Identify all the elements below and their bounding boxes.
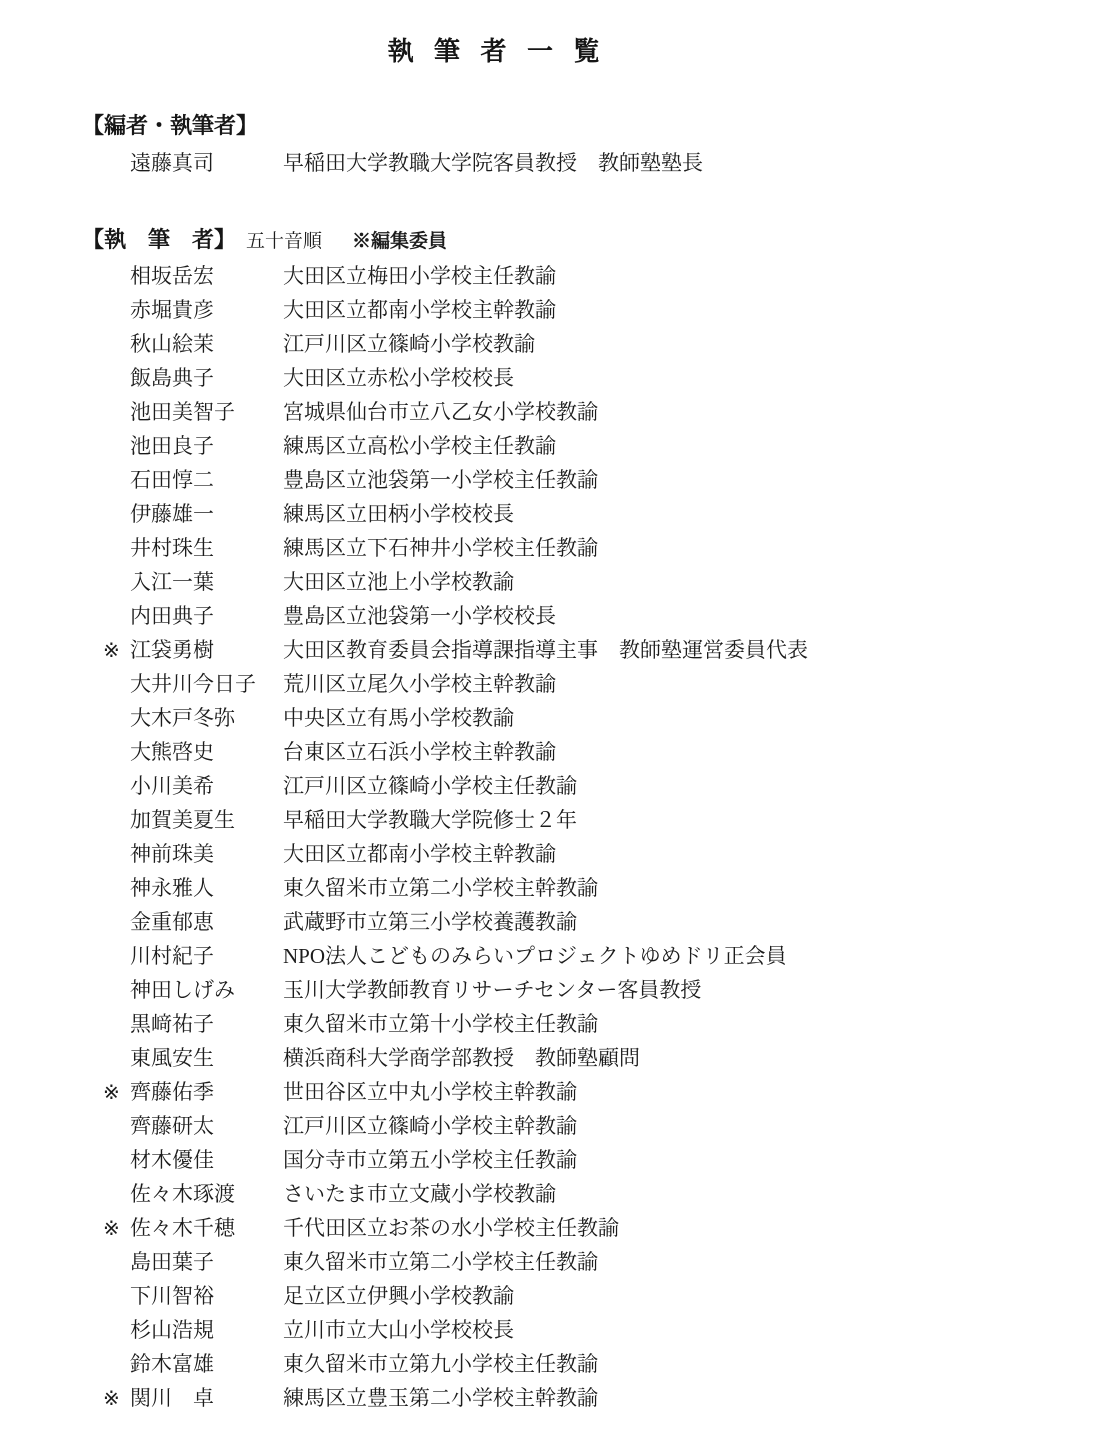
page-content: 執 筆 者 一 覧 【編者・執筆者】 遠藤真司 早稲田大学教職大学院客員教授 教… bbox=[82, 0, 912, 1415]
author-row: 秋山絵茉 江戸川区立篠崎小学校教諭 bbox=[82, 327, 912, 361]
page-title: 執 筆 者 一 覧 bbox=[82, 0, 912, 67]
contributor-affiliation: 東久留米市立第十小学校主任教諭 bbox=[283, 1007, 912, 1041]
contributor-affiliation: 大田区立池上小学校教諭 bbox=[283, 565, 912, 599]
contributor-name: 杉山浩規 bbox=[130, 1313, 283, 1347]
contributor-name: 大熊啓史 bbox=[130, 735, 283, 769]
author-row: 池田美智子 宮城県仙台市立八乙女小学校教諭 bbox=[82, 395, 912, 429]
contributor-affiliation: 武蔵野市立第三小学校養護教諭 bbox=[283, 905, 912, 939]
author-row: 下川智裕 足立区立伊興小学校教諭 bbox=[82, 1279, 912, 1313]
contributor-name: 入江一葉 bbox=[130, 565, 283, 599]
contributor-name: 石田惇二 bbox=[130, 463, 283, 497]
contributor-name: 金重郁恵 bbox=[130, 905, 283, 939]
contributor-name: 関川 卓 bbox=[130, 1381, 283, 1415]
contributor-affiliation: 大田区立赤松小学校校長 bbox=[283, 361, 912, 395]
author-row: ※ 関川 卓 練馬区立豊玉第二小学校主幹教諭 bbox=[82, 1381, 912, 1415]
contributor-name: 鈴木富雄 bbox=[130, 1347, 283, 1381]
author-row: 神田しげみ 玉川大学教師教育リサーチセンター客員教授 bbox=[82, 973, 912, 1007]
author-row: 小川美希 江戸川区立篠崎小学校主任教諭 bbox=[82, 769, 912, 803]
committee-mark: ※ bbox=[103, 1382, 130, 1416]
author-row: 黒﨑祐子 東久留米市立第十小学校主任教諭 bbox=[82, 1007, 912, 1041]
contributor-affiliation: 早稲田大学教職大学院客員教授 教師塾塾長 bbox=[283, 147, 912, 179]
author-row: 材木優佳 国分寺市立第五小学校主任教諭 bbox=[82, 1143, 912, 1177]
committee-mark: ※ bbox=[103, 1076, 130, 1110]
contributor-affiliation: 立川市立大山小学校校長 bbox=[283, 1313, 912, 1347]
contributor-name: 内田典子 bbox=[130, 599, 283, 633]
authors-order-note: 五十音順 bbox=[246, 226, 322, 253]
author-row: 入江一葉 大田区立池上小学校教諭 bbox=[82, 565, 912, 599]
contributor-affiliation: 大田区立都南小学校主幹教諭 bbox=[283, 293, 912, 327]
contributor-name: 神前珠美 bbox=[130, 837, 283, 871]
contributor-affiliation: 東久留米市立第二小学校主任教諭 bbox=[283, 1245, 912, 1279]
contributor-name: 江袋勇樹 bbox=[130, 633, 283, 667]
contributor-affiliation: 国分寺市立第五小学校主任教諭 bbox=[283, 1143, 912, 1177]
editor-section-heading: 【編者・執筆者】 bbox=[82, 111, 912, 141]
author-row: 大井川今日子 荒川区立尾久小学校主幹教諭 bbox=[82, 667, 912, 701]
contributor-affiliation: 世田谷区立中丸小学校主幹教諭 bbox=[283, 1075, 912, 1109]
contributor-name: 神田しげみ bbox=[130, 973, 283, 1007]
contributor-name: 齊藤佑季 bbox=[130, 1075, 283, 1109]
contributor-name: 佐々木琢渡 bbox=[130, 1177, 283, 1211]
contributor-name: 川村紀子 bbox=[130, 939, 283, 973]
author-row: 井村珠生 練馬区立下石神井小学校主任教諭 bbox=[82, 531, 912, 565]
contributor-affiliation: 早稲田大学教職大学院修士２年 bbox=[283, 803, 912, 837]
contributor-name: 相坂岳宏 bbox=[130, 259, 283, 293]
contributor-affiliation: 台東区立石浜小学校主幹教諭 bbox=[283, 735, 912, 769]
author-row: 東風安生 横浜商科大学商学部教授 教師塾顧問 bbox=[82, 1041, 912, 1075]
author-row: 飯島典子 大田区立赤松小学校校長 bbox=[82, 361, 912, 395]
contributor-name: 齊藤研太 bbox=[130, 1109, 283, 1143]
contributor-affiliation: NPO法人こどものみらいプロジェクトゆめドリ正会員 bbox=[283, 939, 912, 973]
contributor-affiliation: 横浜商科大学商学部教授 教師塾顧問 bbox=[283, 1041, 912, 1075]
contributor-name: 飯島典子 bbox=[130, 361, 283, 395]
contributor-affiliation: 大田区教育委員会指導課指導主事 教師塾運営委員代表 bbox=[283, 633, 912, 667]
contributor-name: 遠藤真司 bbox=[130, 147, 283, 179]
contributor-affiliation: 練馬区立田柄小学校校長 bbox=[283, 497, 912, 531]
contributor-affiliation: 練馬区立高松小学校主任教諭 bbox=[283, 429, 912, 463]
contributor-affiliation: 宮城県仙台市立八乙女小学校教諭 bbox=[283, 395, 912, 429]
editor-list: 遠藤真司 早稲田大学教職大学院客員教授 教師塾塾長 bbox=[82, 147, 912, 179]
committee-mark: ※ bbox=[103, 1212, 130, 1246]
contributor-affiliation: 大田区立梅田小学校主任教諭 bbox=[283, 259, 912, 293]
contributor-affiliation: 豊島区立池袋第一小学校主任教諭 bbox=[283, 463, 912, 497]
author-row: 池田良子 練馬区立高松小学校主任教諭 bbox=[82, 429, 912, 463]
contributor-name: 井村珠生 bbox=[130, 531, 283, 565]
contributor-name: 島田葉子 bbox=[130, 1245, 283, 1279]
contributor-affiliation: 千代田区立お茶の水小学校主任教諭 bbox=[283, 1211, 912, 1245]
contributor-affiliation: 中央区立有馬小学校教諭 bbox=[283, 701, 912, 735]
contributor-name: 材木優佳 bbox=[130, 1143, 283, 1177]
contributor-name: 大木戸冬弥 bbox=[130, 701, 283, 735]
author-row: 相坂岳宏 大田区立梅田小学校主任教諭 bbox=[82, 259, 912, 293]
contributor-affiliation: 江戸川区立篠崎小学校教諭 bbox=[283, 327, 912, 361]
author-row: 大熊啓史 台東区立石浜小学校主幹教諭 bbox=[82, 735, 912, 769]
author-row: 赤堀貴彦 大田区立都南小学校主幹教諭 bbox=[82, 293, 912, 327]
contributor-name: 伊藤雄一 bbox=[130, 497, 283, 531]
contributor-name: 神永雅人 bbox=[130, 871, 283, 905]
author-row: 大木戸冬弥 中央区立有馬小学校教諭 bbox=[82, 701, 912, 735]
contributor-name: 東風安生 bbox=[130, 1041, 283, 1075]
contributor-name: 秋山絵茉 bbox=[130, 327, 283, 361]
committee-mark: ※ bbox=[103, 634, 130, 668]
authors-list: 相坂岳宏 大田区立梅田小学校主任教諭 赤堀貴彦 大田区立都南小学校主幹教諭 秋山… bbox=[82, 259, 912, 1415]
contributor-affiliation: 練馬区立下石神井小学校主任教諭 bbox=[283, 531, 912, 565]
committee-legend: ※編集委員 bbox=[352, 226, 447, 253]
author-row: 石田惇二 豊島区立池袋第一小学校主任教諭 bbox=[82, 463, 912, 497]
contributor-affiliation: 豊島区立池袋第一小学校校長 bbox=[283, 599, 912, 633]
contributor-affiliation: 江戸川区立篠崎小学校主幹教諭 bbox=[283, 1109, 912, 1143]
contributor-affiliation: 江戸川区立篠崎小学校主任教諭 bbox=[283, 769, 912, 803]
author-row: ※ 佐々木千穂 千代田区立お茶の水小学校主任教諭 bbox=[82, 1211, 912, 1245]
authors-section-heading-line: 【執 筆 者】 五十音順 ※編集委員 bbox=[82, 225, 912, 255]
contributor-name: 大井川今日子 bbox=[130, 667, 283, 701]
contributor-name: 小川美希 bbox=[130, 769, 283, 803]
author-row: 鈴木富雄 東久留米市立第九小学校主任教諭 bbox=[82, 1347, 912, 1381]
contributor-name: 池田美智子 bbox=[130, 395, 283, 429]
author-row: 神永雅人 東久留米市立第二小学校主幹教諭 bbox=[82, 871, 912, 905]
author-row: 齊藤研太 江戸川区立篠崎小学校主幹教諭 bbox=[82, 1109, 912, 1143]
author-row: 金重郁恵 武蔵野市立第三小学校養護教諭 bbox=[82, 905, 912, 939]
contributor-affiliation: 玉川大学教師教育リサーチセンター客員教授 bbox=[283, 973, 912, 1007]
author-row: 内田典子 豊島区立池袋第一小学校校長 bbox=[82, 599, 912, 633]
author-row: 島田葉子 東久留米市立第二小学校主任教諭 bbox=[82, 1245, 912, 1279]
contributor-affiliation: 足立区立伊興小学校教諭 bbox=[283, 1279, 912, 1313]
authors-section-heading: 【執 筆 者】 bbox=[82, 225, 236, 255]
contributor-name: 下川智裕 bbox=[130, 1279, 283, 1313]
author-row: 伊藤雄一 練馬区立田柄小学校校長 bbox=[82, 497, 912, 531]
contributor-name: 加賀美夏生 bbox=[130, 803, 283, 837]
contributor-name: 池田良子 bbox=[130, 429, 283, 463]
author-row: ※ 齊藤佑季 世田谷区立中丸小学校主幹教諭 bbox=[82, 1075, 912, 1109]
contributor-affiliation: 東久留米市立第九小学校主任教諭 bbox=[283, 1347, 912, 1381]
author-row: 杉山浩規 立川市立大山小学校校長 bbox=[82, 1313, 912, 1347]
contributor-affiliation: さいたま市立文蔵小学校教諭 bbox=[283, 1177, 912, 1211]
author-row: 川村紀子 NPO法人こどものみらいプロジェクトゆめドリ正会員 bbox=[82, 939, 912, 973]
contributor-name: 赤堀貴彦 bbox=[130, 293, 283, 327]
editor-row: 遠藤真司 早稲田大学教職大学院客員教授 教師塾塾長 bbox=[82, 147, 912, 179]
contributor-affiliation: 練馬区立豊玉第二小学校主幹教諭 bbox=[283, 1381, 912, 1415]
contributor-name: 黒﨑祐子 bbox=[130, 1007, 283, 1041]
contributor-name: 佐々木千穂 bbox=[130, 1211, 283, 1245]
contributor-affiliation: 東久留米市立第二小学校主幹教諭 bbox=[283, 871, 912, 905]
author-row: ※ 江袋勇樹 大田区教育委員会指導課指導主事 教師塾運営委員代表 bbox=[82, 633, 912, 667]
contributor-affiliation: 大田区立都南小学校主幹教諭 bbox=[283, 837, 912, 871]
document-page: 執 筆 者 一 覧 【編者・執筆者】 遠藤真司 早稲田大学教職大学院客員教授 教… bbox=[0, 0, 1102, 1450]
author-row: 加賀美夏生 早稲田大学教職大学院修士２年 bbox=[82, 803, 912, 837]
author-row: 佐々木琢渡 さいたま市立文蔵小学校教諭 bbox=[82, 1177, 912, 1211]
contributor-affiliation: 荒川区立尾久小学校主幹教諭 bbox=[283, 667, 912, 701]
author-row: 神前珠美 大田区立都南小学校主幹教諭 bbox=[82, 837, 912, 871]
